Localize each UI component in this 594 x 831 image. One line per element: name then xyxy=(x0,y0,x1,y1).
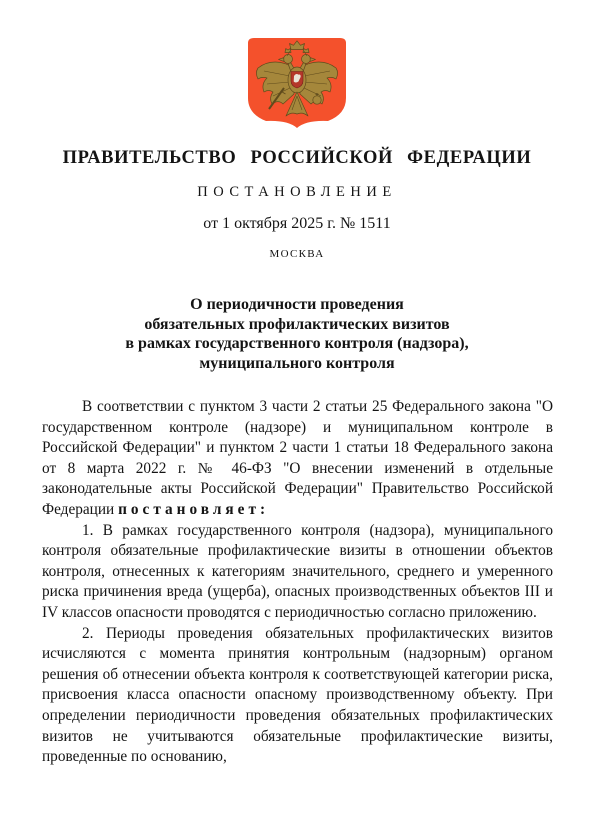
document-title-line: муниципального контроля xyxy=(40,354,554,374)
intro-paragraph: В соответствии с пунктом 3 части 2 стать… xyxy=(42,397,553,521)
paragraph-2: 2. Периоды проведения обязательных профи… xyxy=(42,624,553,768)
document-body: В соответствии с пунктом 3 части 2 стать… xyxy=(42,397,553,768)
government-header: ПРАВИТЕЛЬСТВО РОССИЙСКОЙ ФЕДЕРАЦИИ xyxy=(0,148,594,169)
document-page: ПРАВИТЕЛЬСТВО РОССИЙСКОЙ ФЕДЕРАЦИИ ПОСТА… xyxy=(0,0,594,831)
document-title-line: обязательных профилактических визитов xyxy=(40,315,554,335)
document-title: О периодичности проведения обязательных … xyxy=(40,295,554,373)
document-title-line: О периодичности проведения xyxy=(40,295,554,315)
intro-text: В соответствии с пунктом 3 части 2 стать… xyxy=(42,398,553,518)
document-type-label: ПОСТАНОВЛЕНИЕ xyxy=(0,184,594,201)
paragraph-1: 1. В рамках государственного контроля (н… xyxy=(42,521,553,624)
date-number-line: от 1 октября 2025 г. № 1511 xyxy=(0,214,594,233)
document-title-line: в рамках государственного контроля (надз… xyxy=(40,334,554,354)
city-label: МОСКВА xyxy=(0,248,594,261)
russia-coat-of-arms-icon xyxy=(244,36,350,130)
decree-word: постановляет: xyxy=(118,501,269,518)
